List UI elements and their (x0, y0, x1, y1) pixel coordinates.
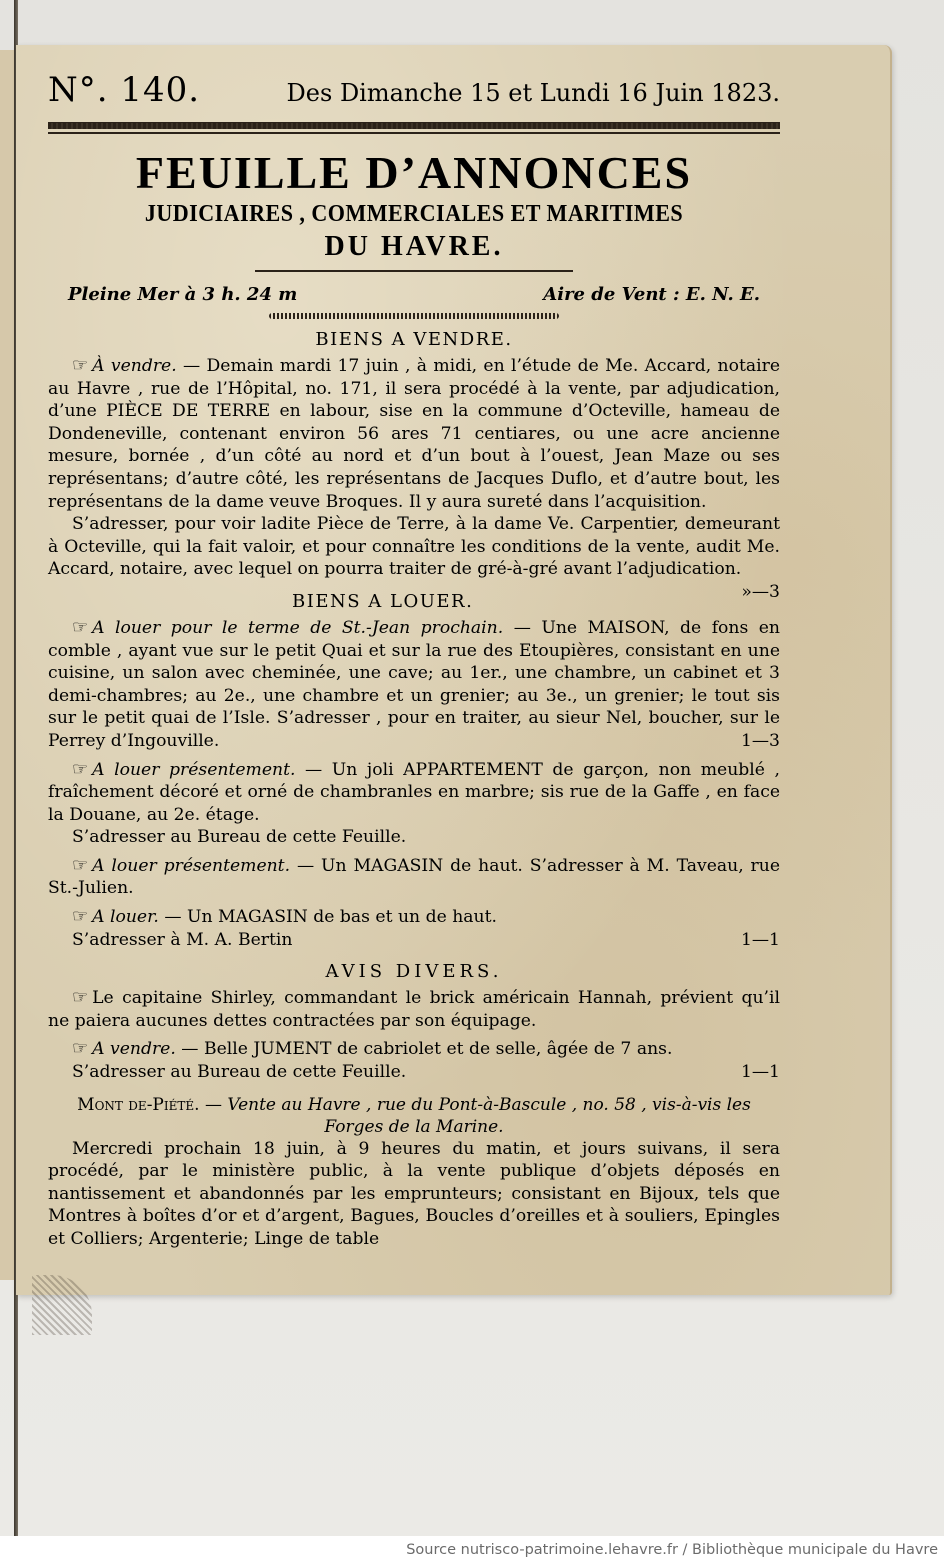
ad-lead: A louer présentement. (92, 856, 290, 876)
pointing-hand-icon: ☞ (72, 855, 88, 876)
mont-de-piete-heading: Mont de-Piété. — Vente au Havre , rue du… (48, 1094, 780, 1138)
ad-reference: 1—3 (717, 730, 780, 753)
ad-contact-text: S’adresser au Bureau de cette Feuille. (72, 827, 406, 847)
pointing-hand-icon: ☞ (72, 987, 88, 1008)
newspaper-title: FEUILLE D’ANNONCES (48, 148, 780, 198)
source-footer: Source nutrisco-patrimoine.lehavre.fr / … (0, 1536, 944, 1566)
newspaper-subtitle: JUDICIAIRES , COMMERCIALES ET MARITIMES (77, 198, 750, 230)
ad-lead: A vendre. (92, 1039, 176, 1059)
ad-contact: S’adresser, pour voir ladite Pièce de Te… (48, 513, 780, 581)
ad-magasin-bas-haut: ☞A louer. — Un MAGASIN de bas et un de h… (48, 906, 780, 929)
ad-body: — Belle JUMENT de cabriolet et de selle,… (181, 1039, 672, 1059)
ad-contact: S’adresser à M. A. Bertin 1—1 (48, 929, 780, 952)
source-credit: Source nutrisco-patrimoine.lehavre.fr / … (406, 1542, 938, 1558)
ad-magasin-haut: ☞A louer présentement. — Un MAGASIN de h… (48, 855, 780, 900)
ink-bleed-stain (32, 1275, 92, 1335)
pointing-hand-icon: ☞ (72, 355, 88, 376)
ad-lead: A louer. (92, 907, 159, 927)
ad-body: Le capitaine Shirley, commandant le bric… (48, 988, 780, 1031)
section-heading-biens-a-louer: BIENS A LOUER. (48, 591, 780, 613)
ad-lead: A louer présentement. (92, 760, 295, 780)
ad-contact-text: S’adresser au Bureau de cette Feuille. (72, 1062, 406, 1082)
pointing-hand-icon: ☞ (72, 617, 88, 638)
ad-contact: S’adresser au Bureau de cette Feuille. 1… (48, 1061, 780, 1084)
pointing-hand-icon: ☞ (72, 759, 88, 780)
newspaper-city: DU HAVRE. (48, 230, 780, 264)
ad-contact: S’adresser au Bureau de cette Feuille. (48, 826, 780, 849)
high-tide-info: Pleine Mer à 3 h. 24 m (68, 284, 297, 305)
page-content: N°. 140. Des Dimanche 15 et Lundi 16 Jui… (48, 70, 780, 1251)
wavy-divider (269, 313, 559, 319)
tide-wind-row: Pleine Mer à 3 h. 24 m Aire de Vent : E.… (48, 284, 780, 305)
mont-de-piete-label: Mont de-Piété. (77, 1095, 199, 1115)
section-heading-biens-a-vendre: BIENS A VENDRE. (48, 329, 780, 351)
ad-reference: 1—1 (717, 1061, 780, 1084)
ad-reference: »—3 (717, 581, 780, 604)
masthead-rule-thick (48, 122, 780, 129)
pointing-hand-icon: ☞ (72, 1038, 88, 1059)
wind-direction-info: Aire de Vent : E. N. E. (543, 284, 760, 305)
ad-lead: A louer pour le terme de St.-Jean procha… (92, 618, 503, 638)
ad-jument: ☞A vendre. — Belle JUMENT de cabriolet e… (48, 1038, 780, 1061)
mont-de-piete-body: Mercredi prochain 18 juin, à 9 heures du… (48, 1138, 780, 1251)
masthead-rule-thin (48, 132, 780, 134)
ad-capitaine-shirley: ☞Le capitaine Shirley, commandant le bri… (48, 987, 780, 1032)
mont-de-piete-location: Vente au Havre , rue du Pont-à-Bascule ,… (227, 1095, 750, 1137)
masthead-row: N°. 140. Des Dimanche 15 et Lundi 16 Jui… (48, 70, 780, 118)
ad-body: — Un MAGASIN de bas et un de haut. (164, 907, 497, 927)
ad-reference: 1—1 (717, 929, 780, 952)
ad-body: — Demain mardi 17 juin , à midi, en l’ét… (48, 356, 780, 512)
issue-date: Des Dimanche 15 et Lundi 16 Juin 1823. (287, 79, 780, 107)
mont-de-piete-dash: — (200, 1095, 228, 1115)
section-heading-avis-divers: AVIS DIVERS. (48, 961, 780, 983)
ad-contact-text: S’adresser, pour voir ladite Pièce de Te… (48, 514, 780, 579)
ad-contact-text: S’adresser à M. A. Bertin (72, 930, 292, 950)
ad-lead: À vendre. (92, 356, 177, 376)
ad-appartement: ☞A louer présentement. — Un joli APPARTE… (48, 759, 780, 827)
issue-number: N°. 140. (48, 70, 200, 110)
title-underline (255, 270, 573, 272)
pointing-hand-icon: ☞ (72, 906, 88, 927)
ad-maison: ☞A louer pour le terme de St.-Jean proch… (48, 617, 780, 753)
ad-piece-de-terre: ☞À vendre. — Demain mardi 17 juin , à mi… (48, 355, 780, 513)
